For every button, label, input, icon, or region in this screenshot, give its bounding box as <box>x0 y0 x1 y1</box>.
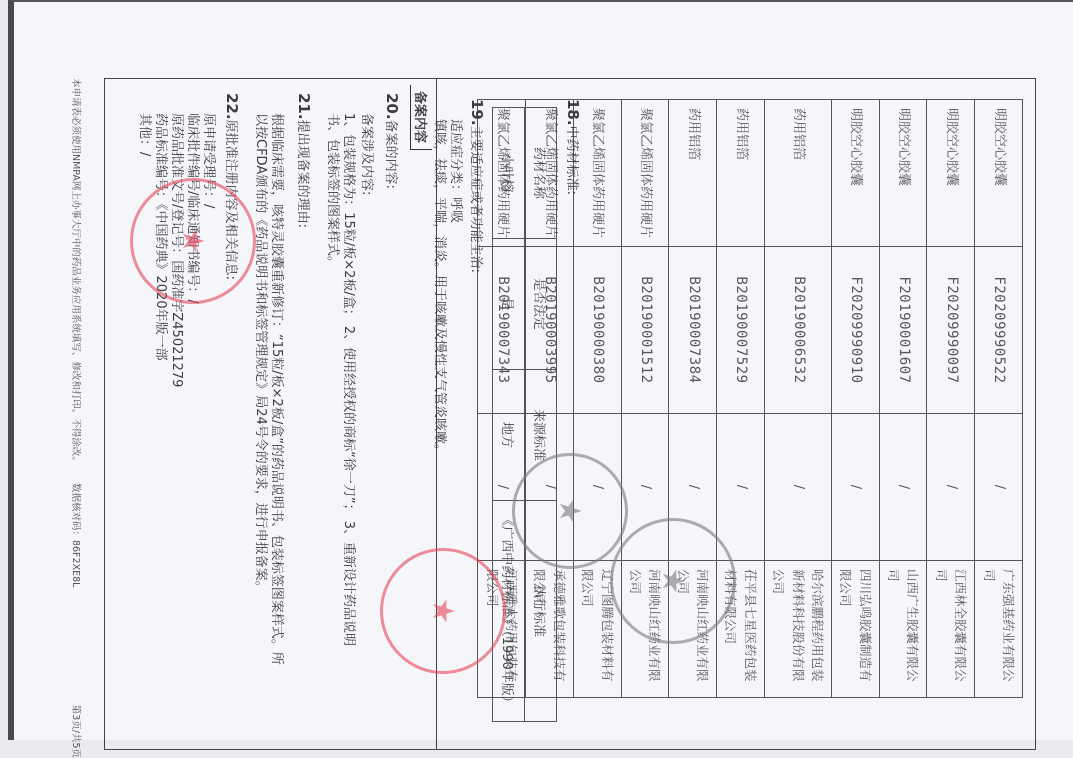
material-cell: 药用铝箔 <box>717 100 765 247</box>
material-cell: 明胶空心胶囊 <box>879 100 927 247</box>
company-cell: 四川弘鸣胶囊制造有限公司 <box>832 561 880 698</box>
herb-standard: 《广西中药材标准》（1990年版） <box>493 501 525 722</box>
registration-number-cell: F20209990097 <box>927 247 975 414</box>
registration-number-cell: F20190001607 <box>879 247 927 414</box>
extra-cell: / <box>832 414 880 561</box>
herb-source: 地方 <box>493 370 525 501</box>
section-20-line2: 书、包装标签的图案样式。 <box>325 113 344 269</box>
extra-cell: / <box>573 414 621 561</box>
herb-standard-table: 药材名称 是否法定 来源标准 执行标准 小叶榕 是 地方 《广西中药材标准》（1… <box>492 107 557 722</box>
extra-cell: / <box>621 414 669 561</box>
packaging-materials-table: 明胶空心胶囊F20209990522/广东强基药业有限公司明胶空心胶囊F2020… <box>477 99 1023 698</box>
table-row: 明胶空心胶囊F20209990097/江西林全胶囊有限公司 <box>927 100 975 698</box>
company-cell: 茌平县七星医药包装材料有限公司 <box>717 561 765 698</box>
registration-number-cell: F20209990910 <box>832 247 880 414</box>
document-page: 明胶空心胶囊F20209990522/广东强基药业有限公司明胶空心胶囊F2020… <box>26 78 1036 758</box>
filing-tag: 备案内容 <box>410 85 432 150</box>
verification-code: 数据核对码：86F2XE8L <box>70 483 81 587</box>
registration-number-cell: B20190007529 <box>717 247 765 414</box>
table-row: 明胶空心胶囊F20209990910/四川弘鸣胶囊制造有限公司 <box>832 100 880 698</box>
page-frame: 明胶空心胶囊F20209990522/广东强基药业有限公司明胶空心胶囊F2020… <box>104 78 1036 750</box>
herb-header-name: 药材名称 <box>525 108 557 239</box>
material-cell: 药用铝箔 <box>764 100 831 247</box>
company-cell: 河南映山红药业有限公司 <box>669 561 717 698</box>
company-cell: 河南映山红药业有限公司 <box>621 561 669 698</box>
table-row: 药用铝箔B20190007384/河南映山红药业有限公司 <box>669 100 717 698</box>
company-cell: 广东强基药业有限公司 <box>975 561 1023 698</box>
extra-cell: / <box>975 414 1023 561</box>
extra-cell: / <box>717 414 765 561</box>
table-row: 明胶空心胶囊F20190001607/山西广生胶囊有限公司 <box>879 100 927 698</box>
page-indicator: 第3页/共5页 <box>70 705 84 758</box>
section-20-heading: 20.备案的内容: <box>383 93 402 189</box>
section-18-heading: 18.中药材标准: <box>564 99 583 195</box>
company-cell: 辽宁图腾包装材料有限公司 <box>573 561 621 698</box>
table-row: 药用铝箔B20190007529/茌平县七星医药包装材料有限公司 <box>717 100 765 698</box>
company-cell: 山西广生胶囊有限公司 <box>879 561 927 698</box>
extra-cell: / <box>927 414 975 561</box>
material-cell: 药用铝箔 <box>669 100 717 247</box>
filing-content-section: 备案内容 20.备案的内容: 备案涉及内容: 1、包装规格为：15粒/板×2板/… <box>106 79 437 749</box>
section-20-sub: 备案涉及内容: <box>359 113 378 195</box>
herb-statutory: 是 <box>493 239 525 370</box>
herb-name: 小叶榕 <box>493 108 525 239</box>
material-cell: 明胶空心胶囊 <box>975 100 1023 247</box>
material-cell: 明胶空心胶囊 <box>927 100 975 247</box>
company-cell: 哈尔滨鹏程药用包装新材料科技股份有限公司 <box>764 561 831 698</box>
extra-cell: / <box>879 414 927 561</box>
material-cell: 明胶空心胶囊 <box>832 100 880 247</box>
page-footer: 本申请表必须使用NMPA网上办事大厅中的药品业务应用系统填写、修改和打印。不得涂… <box>70 78 84 758</box>
company-cell: 江西林全胶囊有限公司 <box>927 561 975 698</box>
section-21-heading: 21.提出现备案的理由: <box>295 93 314 228</box>
section-22-item: 其他：/ <box>137 113 156 156</box>
herb-header-statutory: 是否法定 <box>525 239 557 370</box>
footer-note: 本申请表必须使用NMPA网上办事大厅中的药品业务应用系统填写、修改和打印。不得涂… <box>70 78 81 466</box>
table-row: 聚氯乙烯固体药用硬片B20190001512/河南映山红药业有限公司 <box>621 100 669 698</box>
section-19-heading: 19.主要适应症或者功能主治: <box>468 99 487 273</box>
extra-cell: / <box>669 414 717 561</box>
extra-cell: / <box>764 414 831 561</box>
herb-header-standard: 执行标准 <box>525 501 557 722</box>
herb-header-source: 来源标准 <box>525 370 557 501</box>
table-row: 明胶空心胶囊F20209990522/广东强基药业有限公司 <box>975 100 1023 698</box>
registration-number-cell: B20190006532 <box>764 247 831 414</box>
section-22-heading: 22.原批准注册内容及相关信息: <box>223 93 242 280</box>
registration-number-cell: B20190007384 <box>669 247 717 414</box>
section-21-line2: 以按CFDA颁布的《药品说明书和标签管理规定》局24号令的要求，进行申报备案。 <box>253 113 272 594</box>
registration-number-cell: F20209990522 <box>975 247 1023 414</box>
material-cell: 聚氯乙烯固体药用硬片 <box>621 100 669 247</box>
registration-number-cell: B20190000380 <box>573 247 621 414</box>
registration-number-cell: B20190001512 <box>621 247 669 414</box>
table-row: 药用铝箔B20190006532/哈尔滨鹏程药用包装新材料科技股份有限公司 <box>764 100 831 698</box>
